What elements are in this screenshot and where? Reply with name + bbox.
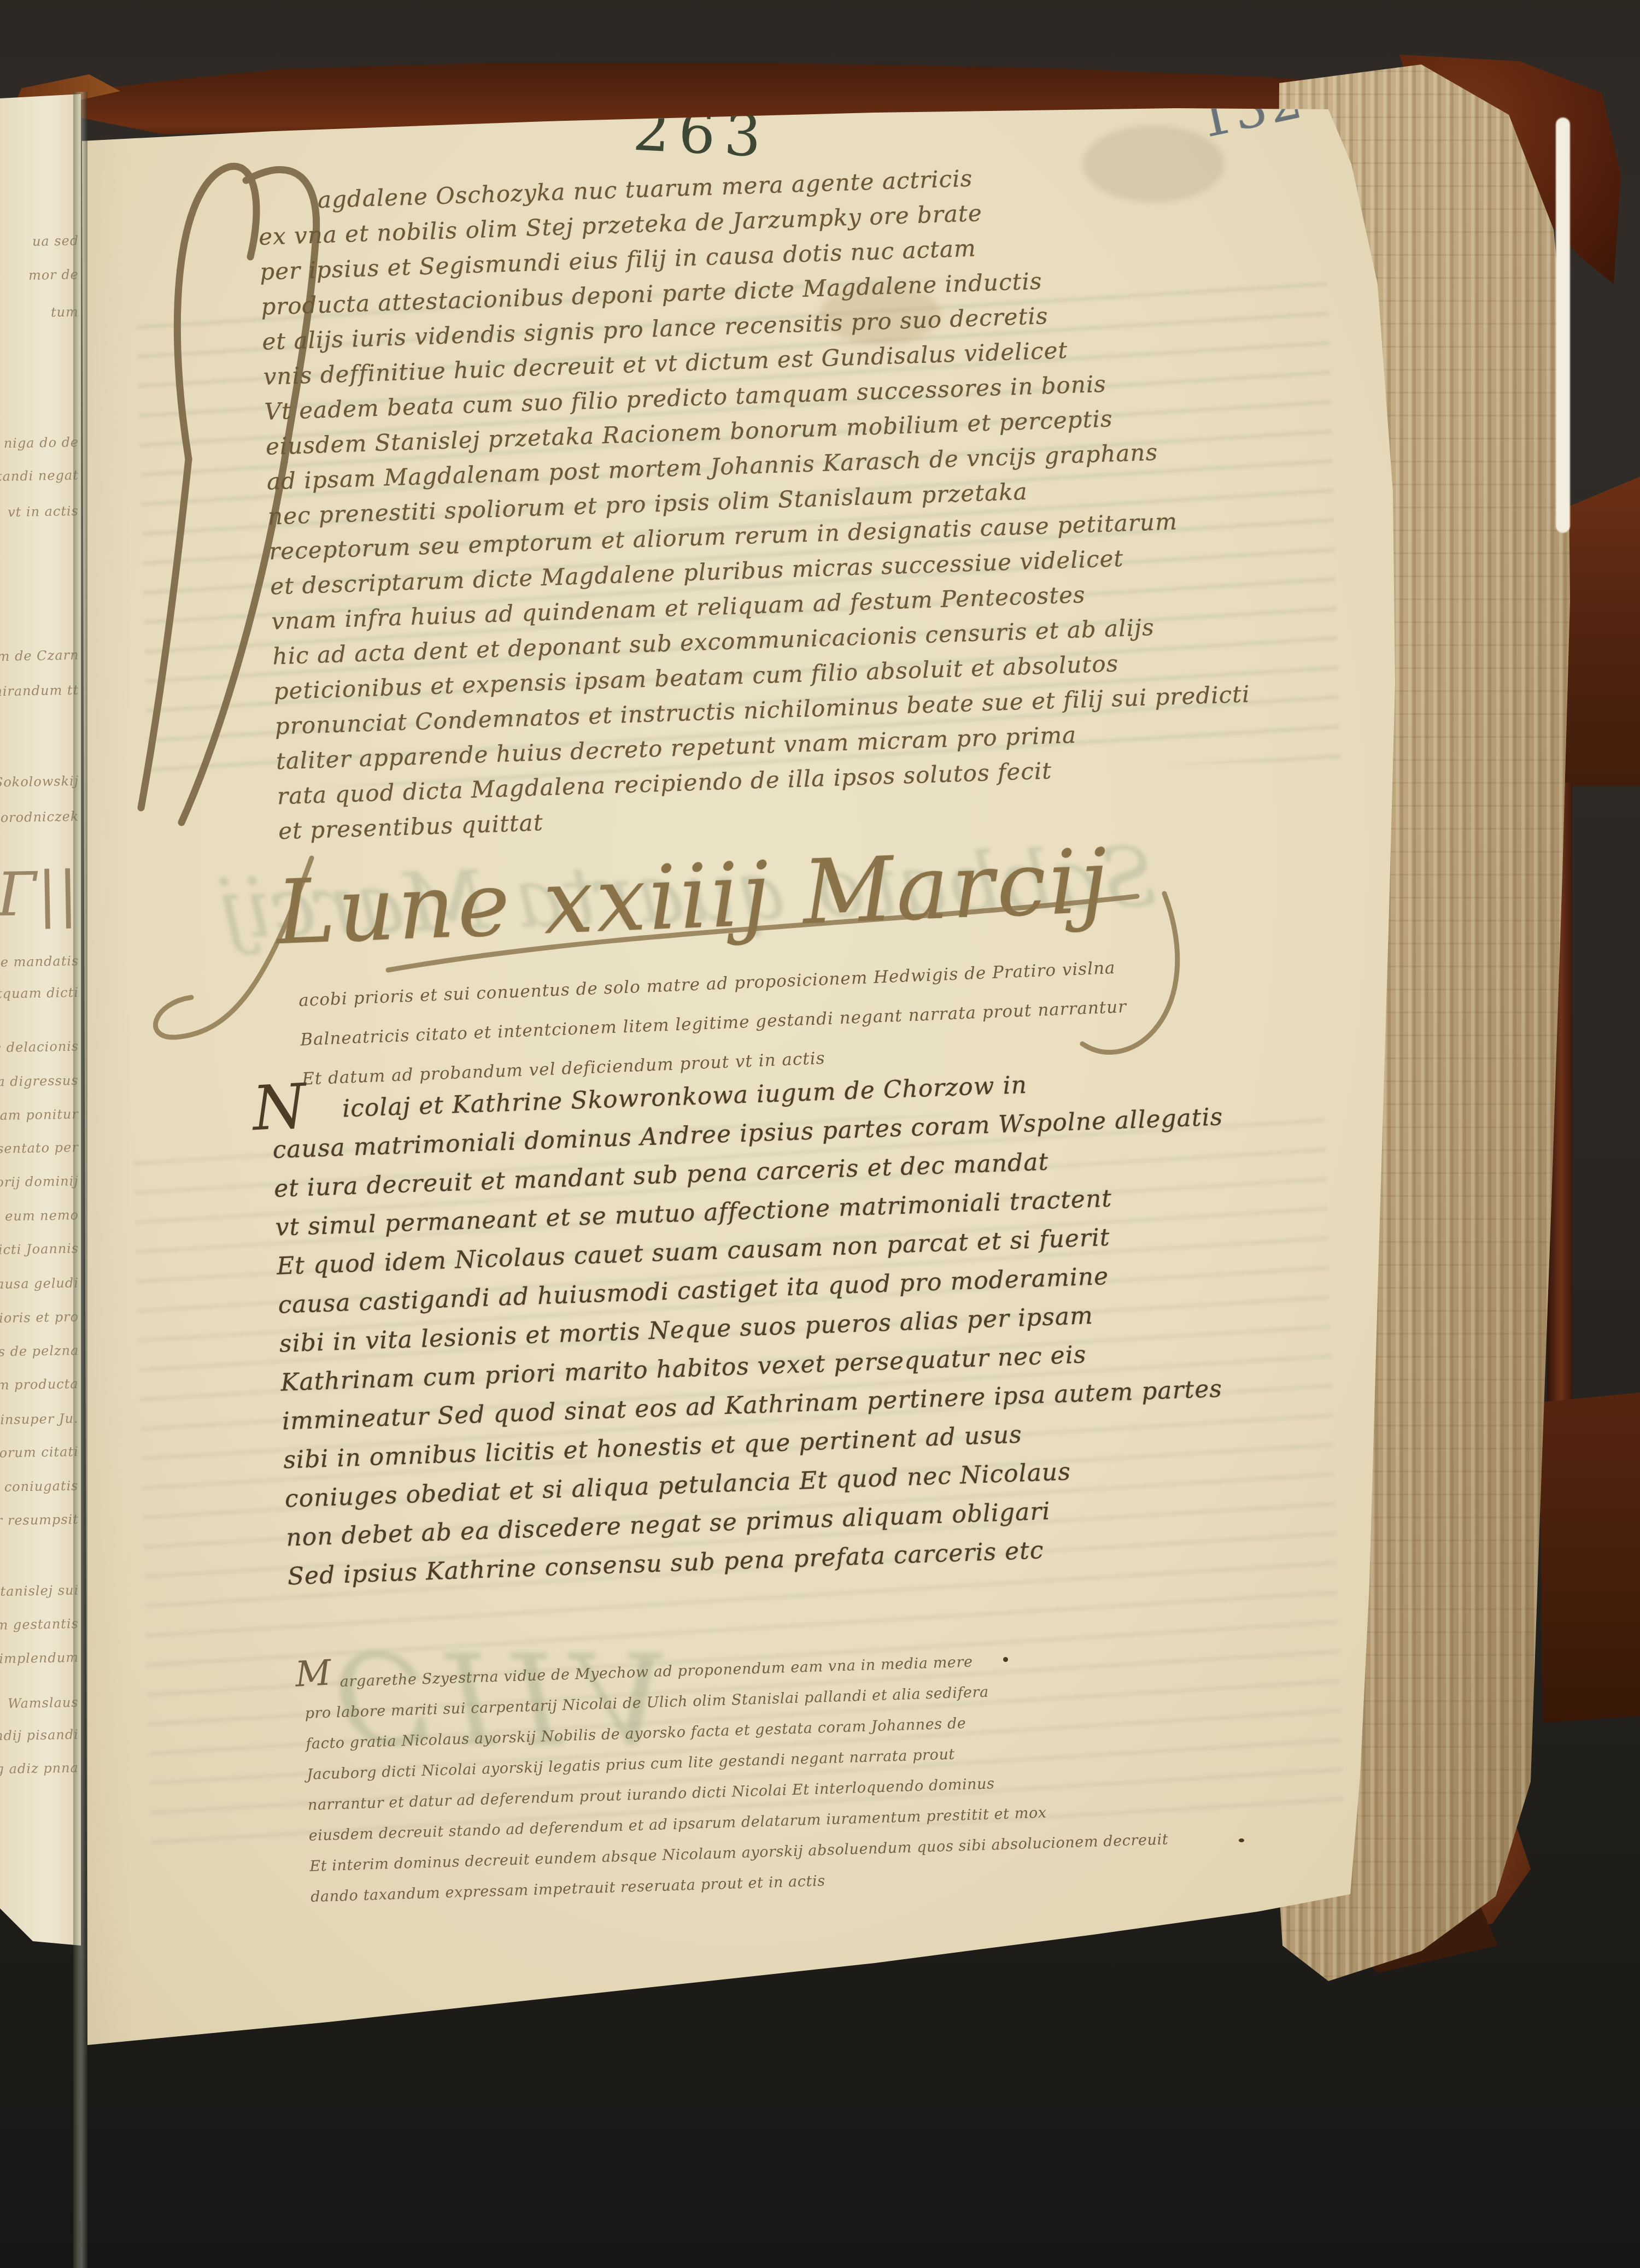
paragraph-widow-margarethe: argarethe Szyestrna vidue de Myechow ad … — [303, 1634, 1404, 1913]
paper-stain — [924, 2000, 989, 2033]
margin-text-fragment: in causa geludi — [0, 1275, 79, 1292]
margin-text-fragment: nadwyszszij postquam dicti — [0, 985, 79, 1003]
leather-strap-lower — [1539, 1392, 1640, 1723]
margin-text-fragment: ua sed — [32, 233, 79, 249]
margin-text-fragment: prout ad implendum — [0, 1650, 79, 1668]
margin-text-fragment: ad insuper Ju. — [0, 1411, 79, 1427]
glass-weight-strip — [73, 92, 87, 2268]
margin-text-fragment: contumaciam ponitur — [0, 1107, 79, 1125]
leather-strap-upper — [1565, 477, 1640, 786]
margin-text-fragment: egregiorum de Czarn — [0, 648, 79, 666]
margin-text-fragment: Г|| — [0, 859, 79, 930]
paragraph-matrimonial-case: icolaj et Kathrine Skowronkowa iugum de … — [271, 1052, 1425, 1596]
margin-text-fragment: Wamslaus — [8, 1695, 79, 1711]
margin-text-fragment: peticionem dicti Joannis — [0, 1241, 79, 1259]
margin-text-fragment: pret ad Gorodniczek — [0, 809, 79, 827]
margin-text-fragment: rerum petitarum producta — [0, 1376, 79, 1395]
margin-text-fragment: apud eum nemo — [0, 1207, 79, 1225]
margin-text-fragment: ig adiz pnna — [0, 1760, 79, 1777]
margin-text-fragment: ita gestandij pisandi — [0, 1727, 79, 1745]
margin-text-fragment: olim thorij dominij — [0, 1173, 79, 1191]
paragraph-judgment-magdalene: agdalene Oschozyka nuc tuarum mera agent… — [257, 148, 1399, 849]
margin-text-fragment: mor de — [28, 267, 79, 283]
margin-text-fragment: gerundum pater resumpsit — [0, 1512, 79, 1530]
margin-text-fragment: in causa digressus — [0, 1073, 79, 1090]
facing-page-sliver: ua sedmor detumlabelle niga do degestand… — [0, 94, 81, 1946]
flyleaf-paper-edge — [1556, 117, 1570, 533]
margin-text-fragment: pre delacionis — [0, 1038, 79, 1055]
margin-text-fragment: maioris et pro — [0, 1309, 79, 1326]
margin-text-fragment: prestitit et coniugatis — [0, 1478, 79, 1496]
margin-text-fragment: vt in actis — [8, 503, 79, 520]
margin-text-fragment: uiuentis de pelzna — [0, 1343, 79, 1360]
margin-text-fragment: labelle niga do de — [0, 434, 79, 452]
manuscript-photo: ua sedmor detumlabelle niga do degestand… — [0, 0, 1640, 2268]
margin-text-fragment: quales quia de mandatis — [0, 953, 79, 972]
margin-text-fragment: gestandi negat — [0, 467, 79, 484]
margin-text-fragment: presentato per — [0, 1139, 79, 1156]
margin-text-fragment: Stanislej sui — [0, 1583, 79, 1600]
margin-text-fragment: suuta Sokolowskij — [0, 773, 79, 791]
margin-text-fragment: ad idem gestantis — [0, 1616, 79, 1634]
margin-text-fragment: bonorum petitorum citati — [0, 1444, 79, 1462]
margin-text-fragment: mirandum tt — [0, 683, 79, 700]
